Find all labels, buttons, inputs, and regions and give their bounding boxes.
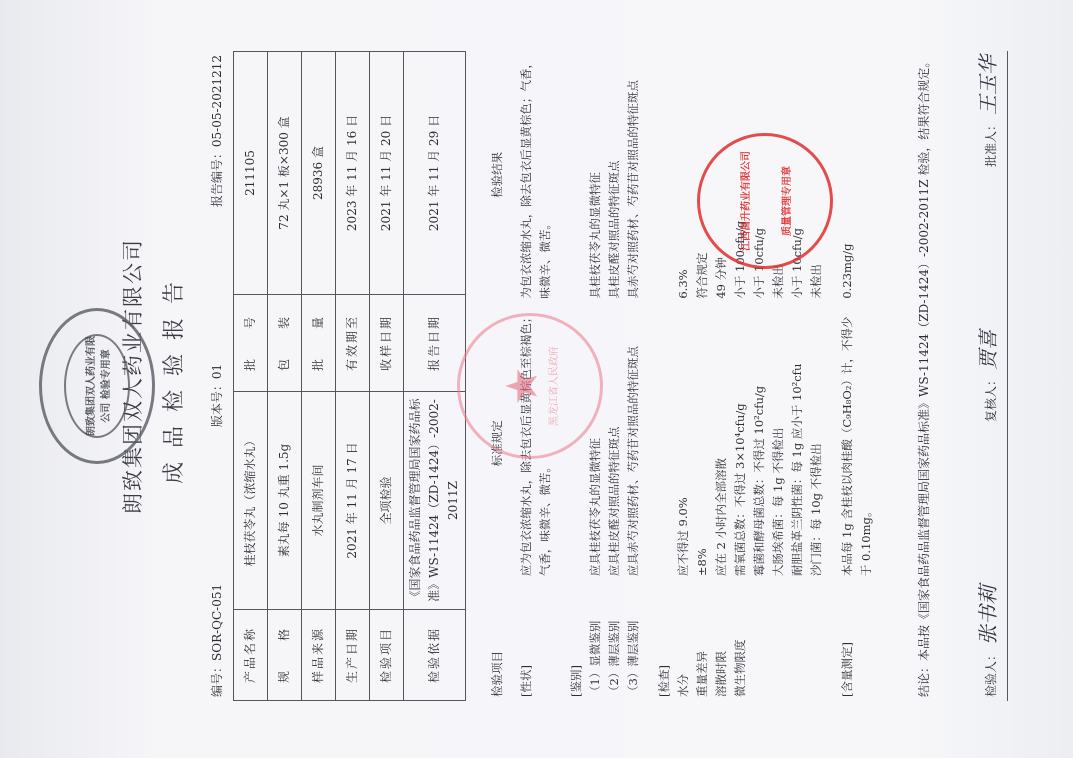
report-title: 成品检验报告 [157, 51, 188, 701]
approver-signature: 批准人：王玉华 [972, 55, 1001, 167]
info-label2: 包 装 [267, 295, 301, 392]
test-item [807, 576, 826, 701]
info-value2: 72 丸×1 板×300 盒 [267, 52, 301, 295]
info-label: 检验项目 [369, 610, 403, 701]
document-code: 编号：SOR-QC-051 [208, 584, 225, 697]
test-result: 具桂枝茯苓丸的显微特征 [586, 51, 605, 311]
test-standard: 应不得过 9.0% [674, 311, 693, 576]
test-item: [鉴别] [567, 576, 586, 701]
test-item: （2）薄层鉴别 [605, 576, 624, 701]
inspector-signature: 检验人：张书莉 [972, 585, 1001, 697]
report-number: 报告编号：05-05-2021212 [208, 55, 225, 207]
test-item: [性状] [517, 576, 555, 701]
test-standard: 沙门菌：每 10g 不得检出 [807, 311, 826, 576]
scanned-page: 朗致集团双人药业有限公司 成品检验报告 编号：SOR-QC-051 版本号：01… [0, 0, 1073, 758]
test-item: 水分 [674, 576, 693, 701]
inspection-report: 朗致集团双人药业有限公司 成品检验报告 编号：SOR-QC-051 版本号：01… [37, 19, 1037, 739]
info-value2: 2023 年 11 月 16 日 [335, 52, 369, 295]
info-value: 2021 年 11 月 17 日 [335, 392, 369, 610]
test-item [788, 576, 807, 701]
test-standard: 本品每 1g 含桂枝以肉桂酸（C₉H₈O₂）计，不得少于 0.10mg。 [838, 311, 876, 576]
test-standard: 应具赤芍对照药材、芍药苷对照品的特征斑点 [624, 311, 643, 576]
info-row: 检验项目全项检验收样日期2021 年 11 月 20 日 [369, 52, 403, 701]
reviewer-signature: 复核人：贾喜 [972, 330, 1001, 422]
quality-seal-stamp: 江西昌升药业有限公司质量管理专用章 [697, 133, 833, 269]
test-standard: 应在 2 小时内全部溶散 [712, 311, 731, 576]
info-value2: 28936 盒 [301, 52, 335, 295]
test-item-row: （2）薄层鉴别应具桂皮醛对照品的特征斑点具桂皮醛对照品的特征斑点 [605, 51, 624, 701]
info-label2: 报告日期 [403, 295, 465, 392]
test-result [655, 51, 674, 311]
test-result: 具桂皮醛对照品的特征斑点 [605, 51, 624, 311]
test-result [567, 51, 586, 311]
star-icon: ★ [500, 346, 544, 426]
info-value: 素丸每 10 丸重 1.5g [267, 392, 301, 610]
test-item: [检查] [655, 576, 674, 701]
info-value: 《国家食品药品监督管理局国家药品标准》WS-11424（ZD-1424）-200… [403, 392, 465, 610]
test-item: （3）薄层鉴别 [624, 576, 643, 701]
version-number: 版本号：01 [208, 364, 225, 427]
test-item-row: [检查] [655, 51, 674, 701]
test-standard: 霉菌和酵母菌总数：不得过 10²cfu/g [750, 311, 769, 576]
info-label: 产品名称 [233, 610, 267, 701]
info-label2: 批 量 [301, 295, 335, 392]
info-value: 全项检验 [369, 392, 403, 610]
info-row: 生产日期2021 年 11 月 17 日有效期至2023 年 11 月 16 日 [335, 52, 369, 701]
test-item: [含量测定] [838, 576, 876, 701]
test-item [750, 576, 769, 701]
test-result: 具赤芍对照药材、芍药苷对照品的特征斑点 [624, 51, 643, 311]
test-standard: 耐胆盐革兰阴性菌：每 1g 应小于 10²cfu [788, 311, 807, 576]
info-row: 样品来源水丸制剂车间批 量28936 盒 [301, 52, 335, 701]
info-value2: 211105 [233, 52, 267, 295]
test-standard: 需氧菌总数：不得过 3×10⁴cfu/g [731, 311, 750, 576]
test-standard [655, 311, 674, 576]
info-label: 规 格 [267, 610, 301, 701]
info-value: 水丸制剂车间 [301, 392, 335, 610]
product-info-table: 产品名称桂枝茯苓丸（浓缩水丸）批 号211105规 格素丸每 10 丸重 1.5… [233, 51, 466, 701]
info-row: 规 格素丸每 10 丸重 1.5g包 装72 丸×1 板×300 盒 [267, 52, 301, 701]
header-item: 检验项目 [488, 576, 507, 701]
test-item: （1）显微鉴别 [586, 576, 605, 701]
test-standard: 应具桂皮醛对照品的特征斑点 [605, 311, 624, 576]
info-row: 检验依据《国家食品药品监督管理局国家药品标准》WS-11424（ZD-1424）… [403, 52, 465, 701]
info-value: 桂枝茯苓丸（浓缩水丸） [233, 392, 267, 610]
test-standard: ±8% [693, 311, 712, 576]
info-label: 样品来源 [301, 610, 335, 701]
signature-line: 检验人：张书莉 复核人：贾喜 批准人：王玉华 [972, 51, 1008, 701]
test-result: 为包衣浓缩水丸，除去包衣后显黄棕色；气香，味微辛、微苦。 [517, 51, 555, 311]
test-item: 溶散时限 [712, 576, 731, 701]
company-seal-stamp: 朗致集团双人药业有限公司 检验专用章 [39, 308, 155, 464]
info-label2: 有效期至 [335, 295, 369, 392]
test-item [769, 576, 788, 701]
test-result: 6.3% [674, 51, 693, 311]
info-label: 检验依据 [403, 610, 465, 701]
info-row: 产品名称桂枝茯苓丸（浓缩水丸）批 号211105 [233, 52, 267, 701]
test-item: 微生物限度 [731, 576, 750, 701]
test-item-row: 水分应不得过 9.0%6.3% [674, 51, 693, 701]
info-label2: 收样日期 [369, 295, 403, 392]
info-label: 生产日期 [335, 610, 369, 701]
info-value2: 2021 年 11 月 20 日 [369, 52, 403, 295]
test-item-row: [含量测定]本品每 1g 含桂枝以肉桂酸（C₉H₈O₂）计，不得少于 0.10m… [838, 51, 876, 701]
info-value2: 2021 年 11 月 29 日 [403, 52, 465, 295]
info-label2: 批 号 [233, 295, 267, 392]
test-item-row: （3）薄层鉴别应具赤芍对照药材、芍药苷对照品的特征斑点具赤芍对照药材、芍药苷对照… [624, 51, 643, 701]
test-item: 重量差异 [693, 576, 712, 701]
pink-seal-stamp: ★黑龙江省人民政府 [457, 313, 603, 459]
test-item-row: 重量差异±8%符合规定 [693, 51, 712, 701]
report-meta: 编号：SOR-QC-051 版本号：01 报告编号：05-05-2021212 [208, 51, 225, 701]
conclusion: 结论：本品按《国家食品药品监督管理局国家药品标准》WS-11424（ZD-142… [914, 51, 934, 701]
header-result: 检验结果 [488, 51, 507, 311]
test-standard: 大肠埃希菌：每 1g 不得检出 [769, 311, 788, 576]
test-result: 0.23mg/g [838, 51, 876, 311]
